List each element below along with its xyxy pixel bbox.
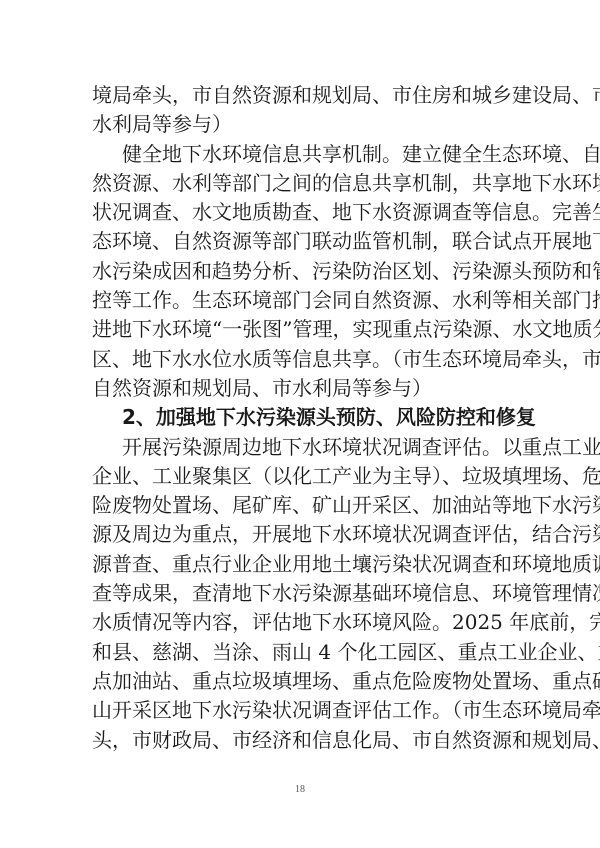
section-heading: 2、加强地下水污染源头预防、风险防控和修复 xyxy=(92,403,510,432)
text-line: 控等工作。生态环境部门会同自然资源、水利等相关部门推 xyxy=(92,286,510,315)
text-line: 源普查、重点行业企业用地土壤污染状况调查和环境地质调 xyxy=(92,550,510,579)
text-line: 山开采区地下水污染状况调查评估工作。（市生态环境局牵 xyxy=(92,696,510,725)
text-line: 和县、慈湖、当涂、雨山 4 个化工园区、重点工业企业、重 xyxy=(92,638,510,667)
paragraph-start-line: 开展污染源周边地下水环境状况调查评估。以重点工业 xyxy=(92,433,510,462)
text-line: 水利局等参与） xyxy=(92,110,510,139)
text-line: 进地下水环境“一张图”管理，实现重点污染源、水文地质分 xyxy=(92,315,510,344)
text-line: 源及周边为重点，开展地下水环境状况调查评估，结合污染 xyxy=(92,520,510,549)
text-line: 区、地下水水位水质等信息共享。（市生态环境局牵头，市 xyxy=(92,345,510,374)
text-line: 头，市财政局、市经济和信息化局、市自然资源和规划局、 xyxy=(92,726,510,755)
text-line: 自然资源和规划局、市水利局等参与） xyxy=(92,374,510,403)
text-line: 状况调查、水文地质勘查、地下水资源调查等信息。完善生 xyxy=(92,198,510,227)
text-line: 点加油站、重点垃圾填埋场、重点危险废物处置场、重点矿 xyxy=(92,667,510,696)
text-line: 然资源、水利等部门之间的信息共享机制，共享地下水环境 xyxy=(92,169,510,198)
body-text: 境局牵头，市自然资源和规划局、市住房和城乡建设局、市 水利局等参与） 健全地下水… xyxy=(92,81,510,755)
text-line: 境局牵头，市自然资源和规划局、市住房和城乡建设局、市 xyxy=(92,81,510,110)
text-line: 查等成果，查清地下水污染源基础环境信息、环境管理情况、 xyxy=(92,579,510,608)
page-number: 18 xyxy=(0,784,600,795)
text-line: 险废物处置场、尾矿库、矿山开采区、加油站等地下水污染 xyxy=(92,491,510,520)
text-line: 态环境、自然资源等部门联动监管机制，联合试点开展地下 xyxy=(92,227,510,256)
text-line: 企业、工业聚集区（以化工产业为主导）、垃圾填埋场、危 xyxy=(92,462,510,491)
text-line: 水污染成因和趋势分析、污染防治区划、污染源头预防和管 xyxy=(92,257,510,286)
paragraph-start-line: 健全地下水环境信息共享机制。建立健全生态环境、自 xyxy=(92,140,510,169)
document-page: 境局牵头，市自然资源和规划局、市住房和城乡建设局、市 水利局等参与） 健全地下水… xyxy=(0,0,600,848)
text-line: 水质情况等内容，评估地下水环境风险。2025 年底前，完成 xyxy=(92,608,510,637)
